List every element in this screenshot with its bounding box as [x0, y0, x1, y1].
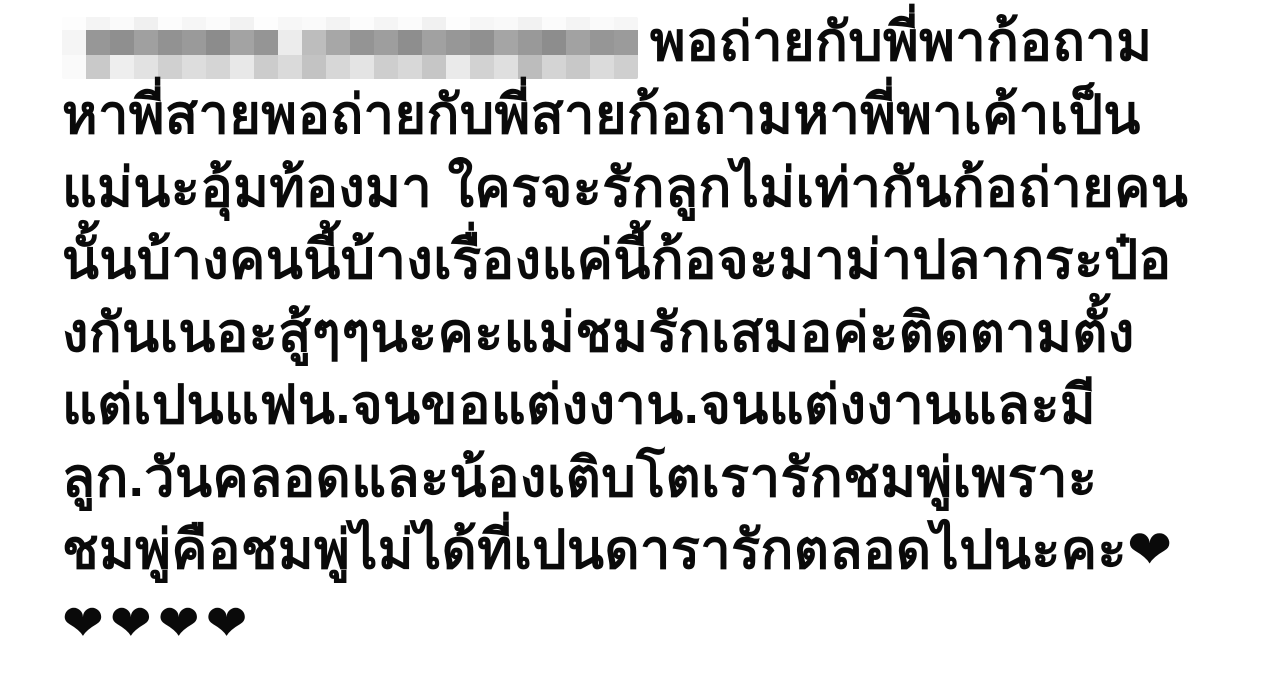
comment-text-line-2: หาพี่สายพอถ่ายกับพี่สายก้อถามหาพี่พาเค้า…: [62, 79, 1260, 152]
comment-text-line-7: ลูก.วันคลอดและน้องเติบโตเรารักชมพู่เพราะ: [62, 442, 1260, 515]
pixelated-username-redaction: [62, 17, 638, 79]
comment-text-line-6: แต่เปนแฟน.จนขอแต่งงาน.จนแต่งงานและมี: [62, 369, 1260, 442]
comment-text-line-1: พอถ่ายกับพี่พาก้อถาม: [650, 6, 1152, 79]
heart-icons-row: ❤❤❤❤: [62, 587, 1260, 660]
comment-first-line: พอถ่ายกับพี่พาก้อถาม: [62, 6, 1260, 79]
comment-text-line-3: แม่นะอุ้มท้องมา ใครจะรักลูกไม่เท่ากันก้อ…: [62, 152, 1260, 225]
comment-text-line-4: นั้นบ้างคนนี้บ้างเรื่องแค่นี้ก้อจะมาม่าป…: [62, 224, 1260, 297]
comment-body: พอถ่ายกับพี่พาก้อถาม หาพี่สายพอถ่ายกับพี…: [0, 0, 1280, 659]
comment-text-line-8: ชมพู่คือชมพู่ไม่ได้ที่เปนดารารักตลอดไปนะ…: [62, 514, 1260, 587]
comment-text-line-5: งกันเนอะสู้ๆๆนะคะแม่ชมรักเสมอค่ะติดตามตั…: [62, 297, 1260, 370]
